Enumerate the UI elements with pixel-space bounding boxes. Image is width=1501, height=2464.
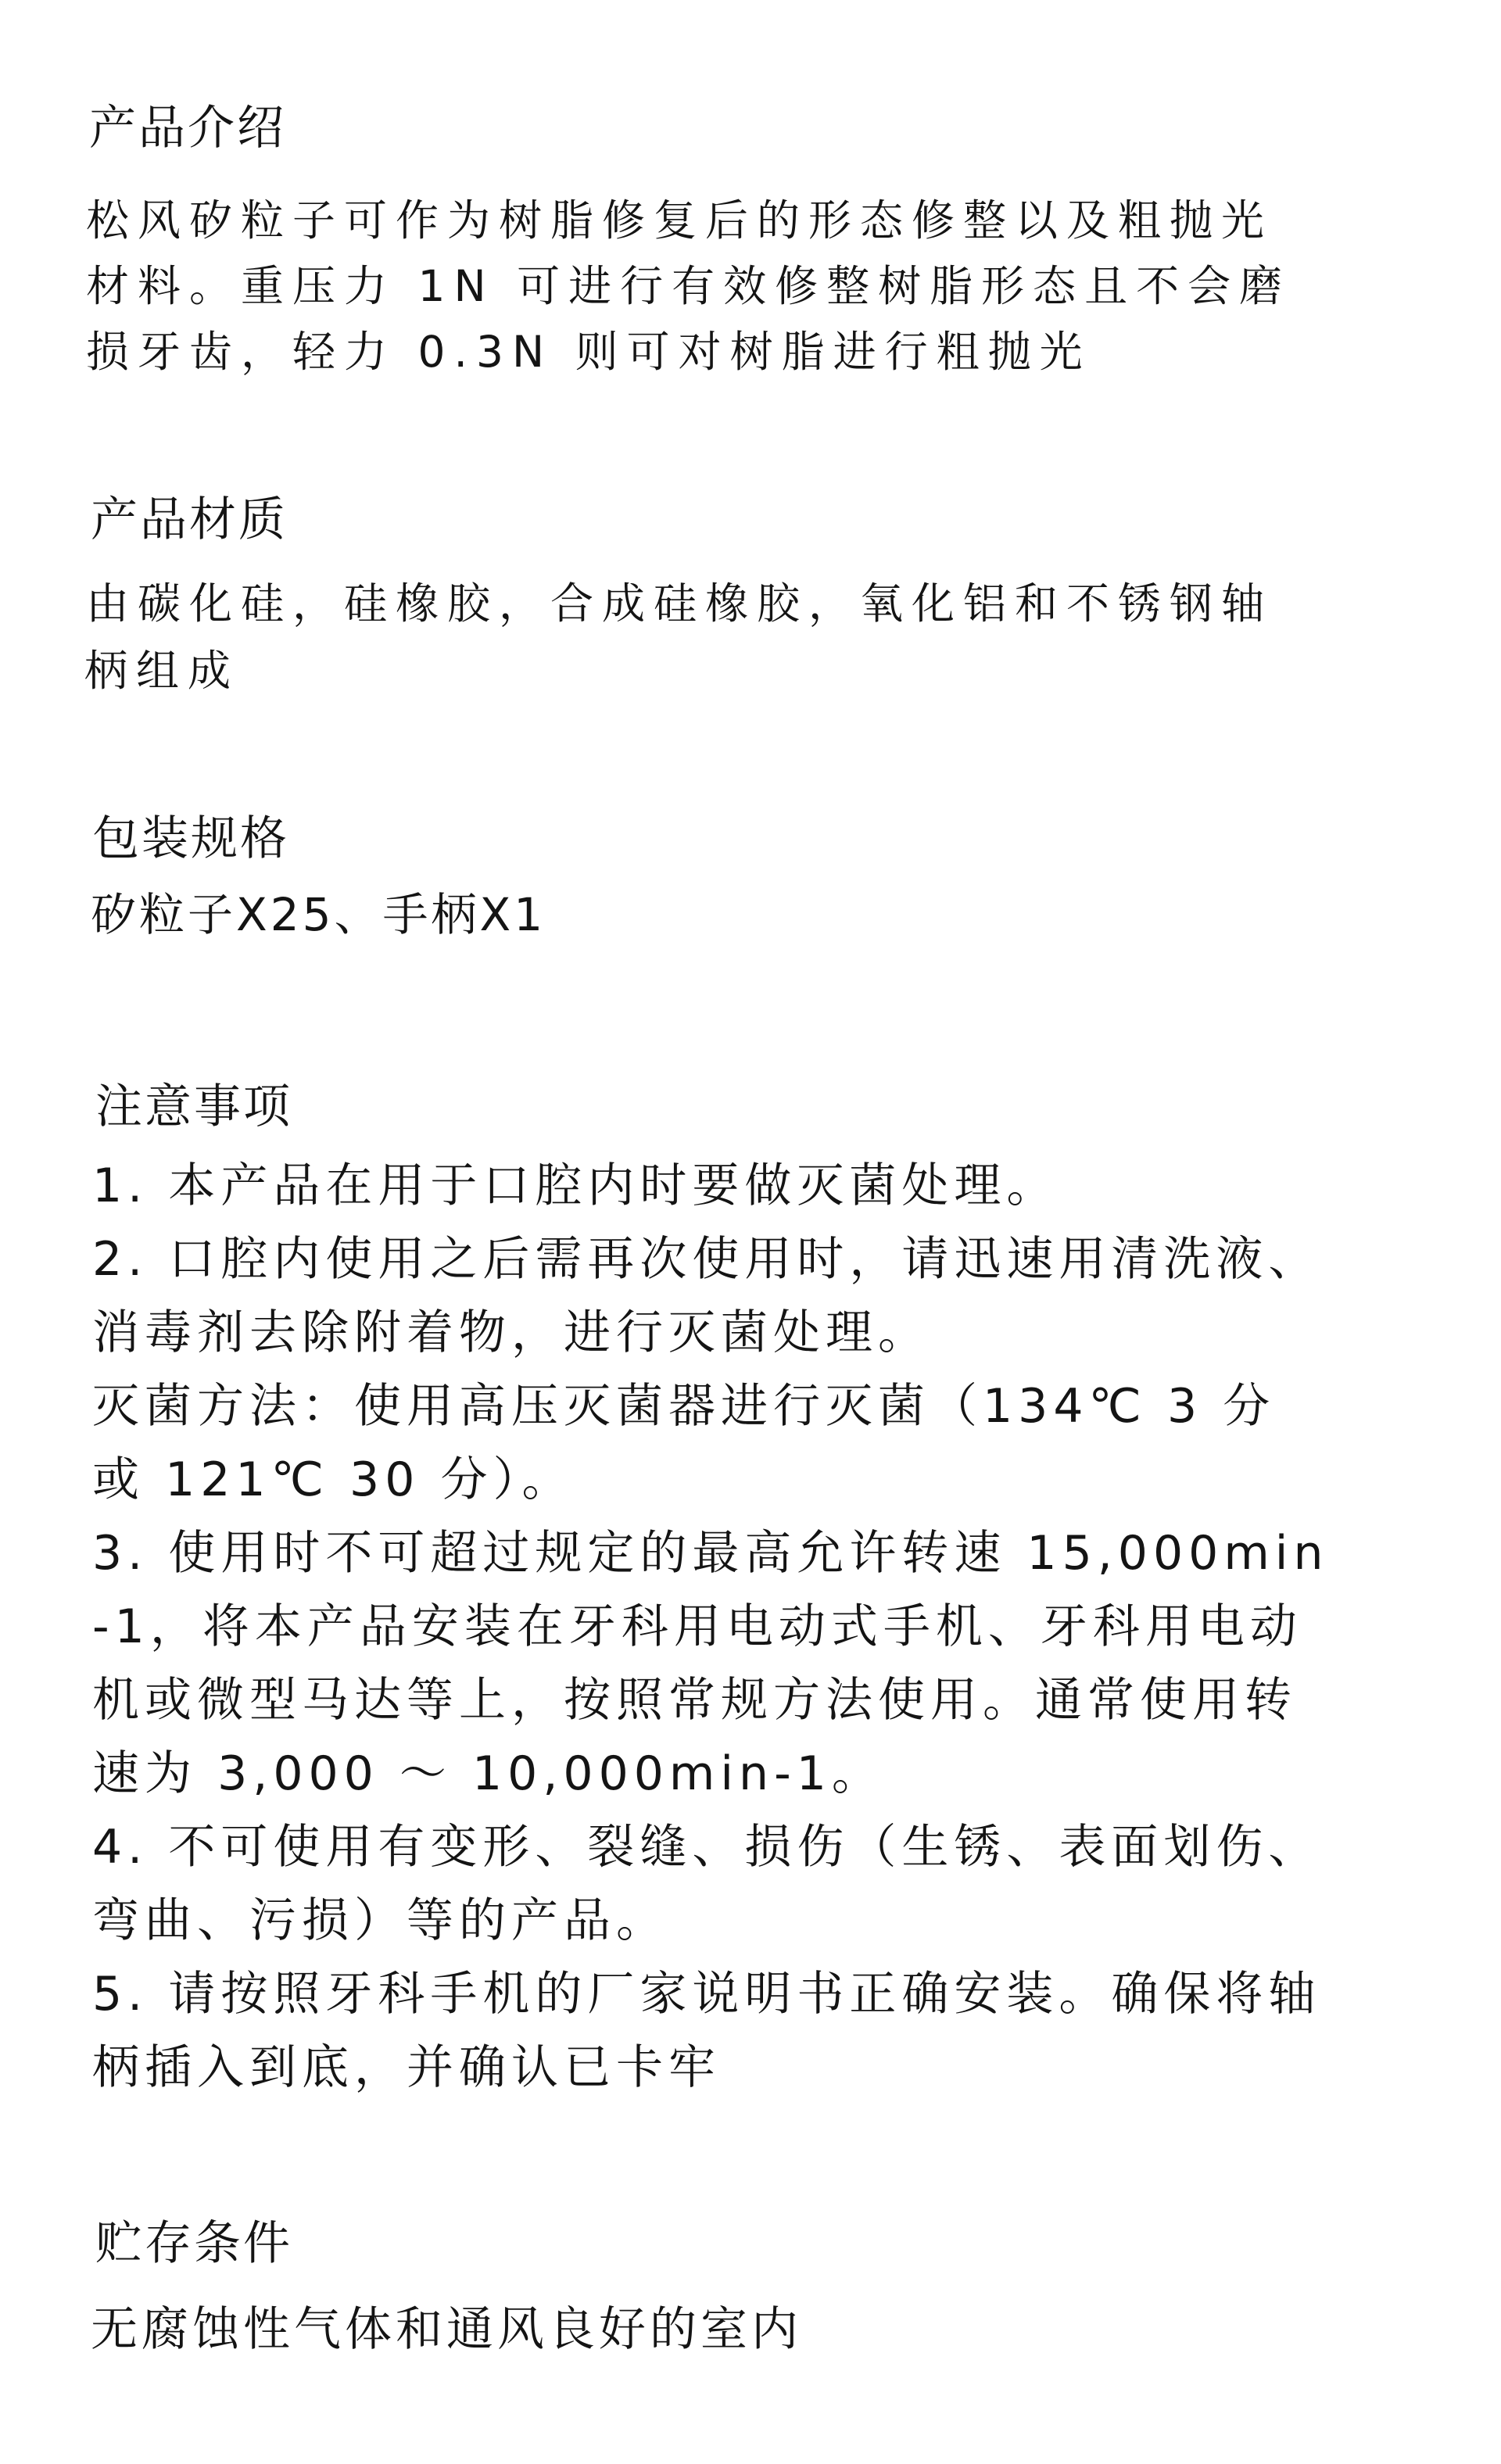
- notes-line-13: 柄插入到底，并确认已卡牢: [92, 2044, 721, 2091]
- package-line-1: 矽粒子X25、手柄X1: [91, 892, 546, 937]
- notes-line-10: 4. 不可使用有变形、裂缝、损伤（生锈、表面划伤、: [92, 1824, 1320, 1871]
- intro-line-3: 损牙齿，轻力 0.3N 则可对树脂进行粗抛光: [86, 331, 1091, 374]
- notes-line-8: 机或微型马达等上，按照常规方法使用。通常使用转: [92, 1677, 1297, 1724]
- section-heading-storage: 贮存条件: [95, 2220, 292, 2267]
- notes-line-5: 或 121℃ 30 分）。: [92, 1456, 574, 1503]
- intro-line-2: 材料。重压力 1N 可进行有效修整树脂形态且不会磨: [86, 265, 1291, 308]
- notes-line-4: 灭菌方法：使用高压灭菌器进行灭菌（134℃ 3 分: [92, 1383, 1275, 1430]
- intro-line-1: 松风矽粒子可作为树脂修复后的形态修整以及粗抛光: [86, 199, 1273, 242]
- notes-line-2: 2. 口腔内使用之后需再次使用时，请迅速用清洗液、: [92, 1236, 1320, 1283]
- notes-line-9: 速为 3,000 ～ 10,000min-1。: [92, 1750, 884, 1797]
- notes-line-1: 1. 本产品在用于口腔内时要做灭菌处理。: [92, 1162, 1059, 1209]
- notes-line-12: 5. 请按照牙科手机的厂家说明书正确安装。确保将轴: [92, 1971, 1320, 2018]
- material-line-1: 由碳化硅，硅橡胶，合成硅橡胶，氧化铝和不锈钢轴: [86, 582, 1273, 625]
- notes-line-11: 弯曲、污损）等的产品。: [92, 1897, 668, 1944]
- section-heading-package: 包装规格: [92, 815, 289, 862]
- section-heading-intro: 产品介绍: [89, 105, 286, 152]
- section-heading-material: 产品材质: [91, 496, 288, 543]
- notes-line-3: 消毒剂去除附着物，进行灭菌处理。: [92, 1309, 930, 1356]
- notes-line-6: 3. 使用时不可超过规定的最高允许转速 15,000min: [92, 1530, 1328, 1577]
- material-line-2: 柄组成: [84, 650, 239, 693]
- storage-line-1: 无腐蚀性气体和通风良好的室内: [91, 2306, 802, 2353]
- notes-line-7: -1，将本产品安装在牙科用电动式手机、牙科用电动: [92, 1603, 1302, 1650]
- section-heading-notes: 注意事项: [95, 1083, 292, 1130]
